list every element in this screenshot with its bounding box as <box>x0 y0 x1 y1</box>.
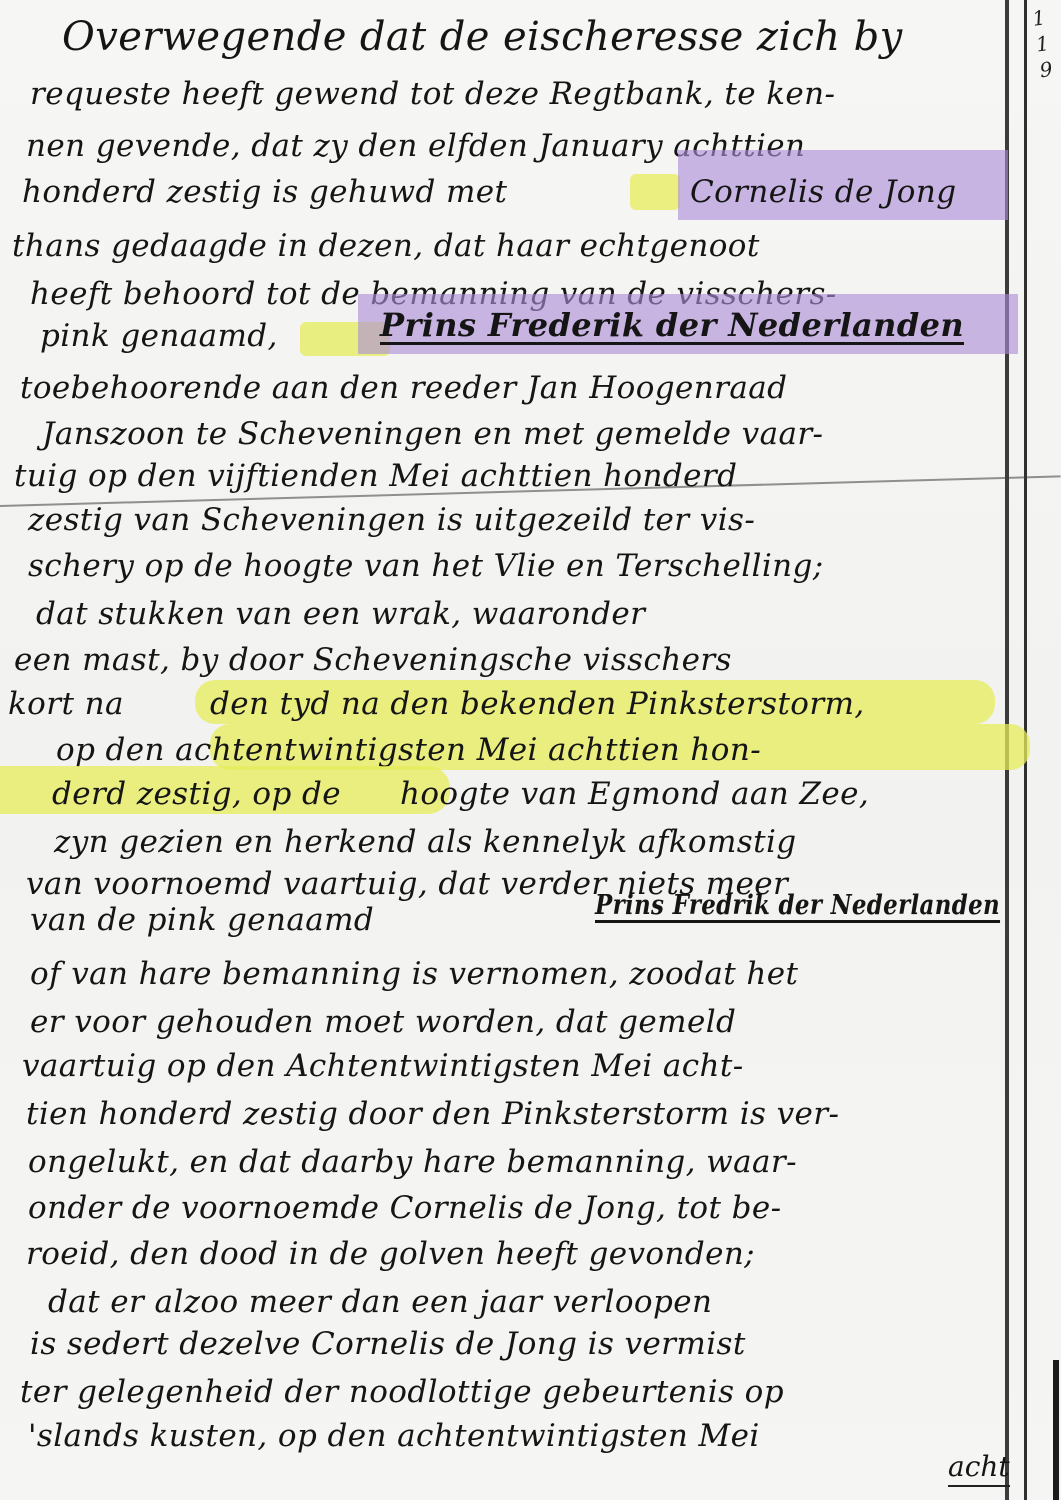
margin-note: 1 <box>1034 28 1061 57</box>
line-text: zestig van Scheveningen is uitgezeild te… <box>28 502 755 538</box>
line-text: honderd zestig is gehuwd met <box>22 174 507 210</box>
line-text: 'slands kusten, op den achtentwintigsten… <box>28 1418 760 1454</box>
yellow-highlight-mark <box>630 174 680 210</box>
ship-name: Prins Frederik der Nederlanden <box>380 306 964 344</box>
line-text: requeste heeft gewend tot deze Regtbank,… <box>30 76 835 112</box>
line-text: hoogte van Egmond aan Zee, <box>400 776 869 812</box>
line-text: een mast, by door Scheveningsche vissche… <box>14 642 732 678</box>
line-text: toebehoorende aan den reeder Jan Hoogenr… <box>20 370 787 406</box>
line-text: is sedert dezelve Cornelis de Jong is ve… <box>30 1326 746 1362</box>
text-line: van de pink genaamd Prins Fredrik der Ne… <box>0 890 1000 948</box>
line-text: zyn gezien en herkend als kennelyk afkom… <box>54 824 797 860</box>
line-text: Janszoon te Scheveningen en met gemelde … <box>42 416 823 452</box>
text-line: requeste heeft gewend tot deze Regtbank,… <box>0 70 1000 128</box>
line-text: tuig op den vijftienden Mei achttien hon… <box>14 458 737 494</box>
line-text: er voor gehouden moet worden, dat gemeld <box>30 1004 736 1040</box>
line-text: dat stukken van een wrak, waaronder <box>36 596 645 632</box>
line-text: op den achtentwintigsten Mei achttien ho… <box>56 732 761 768</box>
ship-name: Prins Fredrik der Nederlanden <box>595 890 1000 921</box>
line-text: ter gelegenheid der noodlottige gebeurte… <box>20 1374 784 1410</box>
text-line: pink genaamd, Prins Frederik der Nederla… <box>0 306 1000 364</box>
line-text: vaartuig op den Achtentwintigsten Mei ac… <box>22 1048 744 1084</box>
line-text: tien honderd zestig door den Pinkstersto… <box>26 1096 839 1132</box>
line-text: ongelukt, en dat daarby hare bemanning, … <box>28 1144 797 1180</box>
margin-notes: 1 1 9 <box>1031 3 1061 84</box>
line-text: roeid, den dood in de golven heeft gevon… <box>26 1236 755 1272</box>
line-text: schery op de hoogte van het Vlie en Ters… <box>28 548 824 584</box>
line-text: pink genaamd, <box>40 318 278 354</box>
text-line: honderd zestig is gehuwd met Cornelis de… <box>0 168 1000 226</box>
line-text: onder de voornoemde Cornelis de Jong, to… <box>28 1190 781 1226</box>
highlighted-name: Cornelis de Jong <box>690 174 956 210</box>
text-line: Overwegende dat de eischeresse zich by <box>0 14 1000 72</box>
margin-note: 1 <box>1031 3 1058 32</box>
page-edge-shadow <box>1053 1360 1059 1500</box>
document-page: 1 1 9 Overwegende dat de eischeresse zic… <box>0 0 1061 1500</box>
line-text: thans gedaagde in dezen, dat haar echtge… <box>12 228 760 264</box>
margin-note: 9 <box>1038 54 1061 83</box>
line-text: of van hare bemanning is vernomen, zooda… <box>30 956 798 992</box>
text-line: 'slands kusten, op den achtentwintigsten… <box>0 1412 1000 1470</box>
line-text: van de pink genaamd <box>30 902 374 938</box>
highlighted-text: derd zestig, op de <box>52 776 341 812</box>
line-text: dat er alzoo meer dan een jaar verloopen <box>48 1284 712 1320</box>
line-text: Overwegende dat de eischeresse zich by <box>62 14 903 60</box>
highlighted-text: den tyd na den bekenden Pinksterstorm, <box>210 686 865 722</box>
line-text: kort na <box>8 686 124 722</box>
catchword: acht <box>948 1450 1010 1487</box>
